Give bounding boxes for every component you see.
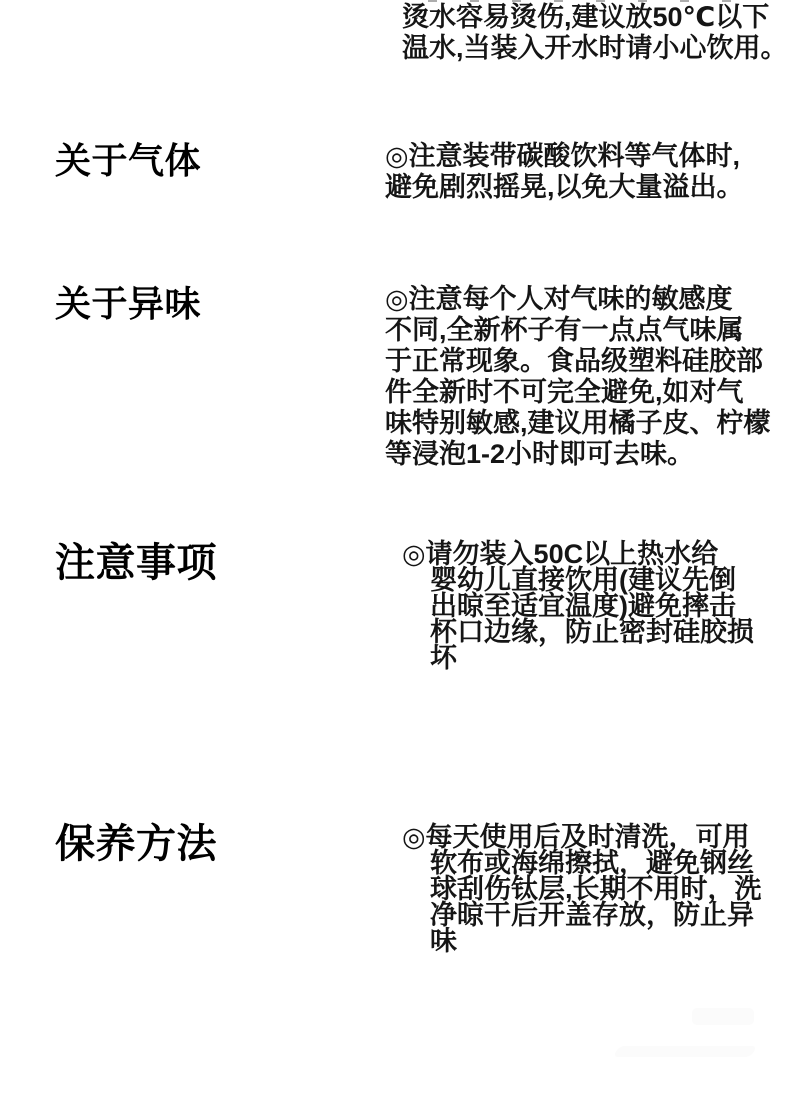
text-line: 烫水容易烫伤,建议放50℃以下 (402, 2, 788, 33)
text-line: ◎请勿装入50C以上热水给 (402, 541, 754, 567)
text-line: 于正常现象。食品级塑料硅胶部 (385, 346, 771, 377)
paragraph-care-method: ◎每天使用后及时清洗，可用 软布或海绵擦拭，避免钢丝 球刮伤钛层,长期不用时，洗… (402, 824, 762, 954)
text-line: 坏 (402, 645, 754, 671)
text-line: 婴幼儿直接饮用(建议先倒 (402, 567, 754, 593)
product-description-page: 烫水容易烫伤,建议放50℃以下 温水,当装入开水时请小心饮用。 关于气体 ◎注意… (0, 0, 790, 1118)
text-line: 味特别敏感,建议用橘子皮、柠檬 (385, 408, 771, 439)
text-line: 出晾至适宜温度)避免摔击 (402, 593, 754, 619)
watermark-shape (613, 1046, 757, 1057)
text-line: 避免剧烈摇晃,以免大量溢出。 (385, 172, 744, 203)
text-line: 杯口边缘，防止密封硅胶损 (402, 619, 754, 645)
heading-about-gas: 关于气体 (55, 143, 201, 179)
text-line: 球刮伤钛层,长期不用时，洗 (402, 876, 762, 902)
paragraph-cautions: ◎请勿装入50C以上热水给 婴幼儿直接饮用(建议先倒 出晾至适宜温度)避免摔击 … (402, 541, 754, 671)
text-line: 净晾干后开盖存放，防止异 (402, 902, 762, 928)
text-line: ◎注意装带碳酸饮料等气体时, (385, 141, 744, 172)
text-line: 软布或海绵擦拭，避免钢丝 (402, 850, 762, 876)
paragraph-about-odor: ◎注意每个人对气味的敏感度 不同,全新杯子有一点点气味属 于正常现象。食品级塑料… (385, 284, 771, 470)
watermark-shape (692, 1008, 754, 1025)
text-line: ◎注意每个人对气味的敏感度 (385, 284, 771, 315)
text-line: 味 (402, 928, 762, 954)
text-line: 件全新时不可完全避免,如对气 (385, 377, 771, 408)
paragraph-about-gas: ◎注意装带碳酸饮料等气体时, 避免剧烈摇晃,以免大量溢出。 (385, 141, 744, 203)
intro-paragraph: 烫水容易烫伤,建议放50℃以下 温水,当装入开水时请小心饮用。 (402, 2, 788, 64)
heading-cautions: 注意事项 (55, 543, 217, 583)
text-line: 不同,全新杯子有一点点气味属 (385, 315, 771, 346)
text-line: 温水,当装入开水时请小心饮用。 (402, 33, 788, 64)
text-line: ◎每天使用后及时清洗，可用 (402, 824, 762, 850)
text-line: 等浸泡1-2小时即可去味。 (385, 439, 771, 470)
heading-care-method: 保养方法 (55, 824, 217, 864)
heading-about-odor: 关于异味 (55, 286, 201, 322)
